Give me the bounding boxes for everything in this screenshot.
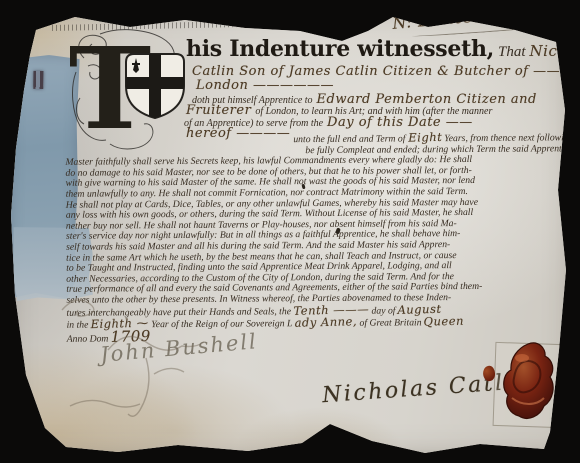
parchment-document: N: E: Rost T bbox=[0, 0, 580, 463]
faint-ink-scribbles bbox=[50, 288, 280, 438]
term-pre: unto the full end and Term of bbox=[293, 133, 405, 145]
heading-gothic-text: his Indenture witnesseth, bbox=[186, 36, 494, 62]
hand-month: August bbox=[398, 303, 442, 314]
city-of-london-shield bbox=[126, 54, 184, 118]
reign-post: of Great Britain bbox=[359, 317, 421, 328]
hand-monarch: ady Anne, bbox=[294, 316, 357, 328]
heading-that-word: That bbox=[498, 44, 526, 60]
photo-backdrop: N: E: Rost T bbox=[0, 0, 580, 463]
top-right-annotation: N: E: Rost bbox=[392, 0, 573, 33]
red-wax-seal bbox=[498, 340, 560, 428]
dating-mid: day of bbox=[371, 305, 395, 316]
ribbon-slit bbox=[33, 71, 43, 89]
apprentice-name-insert: Nicholas —— bbox=[530, 42, 580, 60]
heading-row: his Indenture witnesseth, That Nicholas … bbox=[186, 36, 580, 62]
hand-day: Tenth ——— bbox=[293, 304, 369, 316]
hand-date: Day of this Date —— bbox=[327, 115, 473, 130]
hand-term-years: Eight bbox=[408, 132, 442, 143]
hand-queen: Queen bbox=[424, 316, 465, 327]
